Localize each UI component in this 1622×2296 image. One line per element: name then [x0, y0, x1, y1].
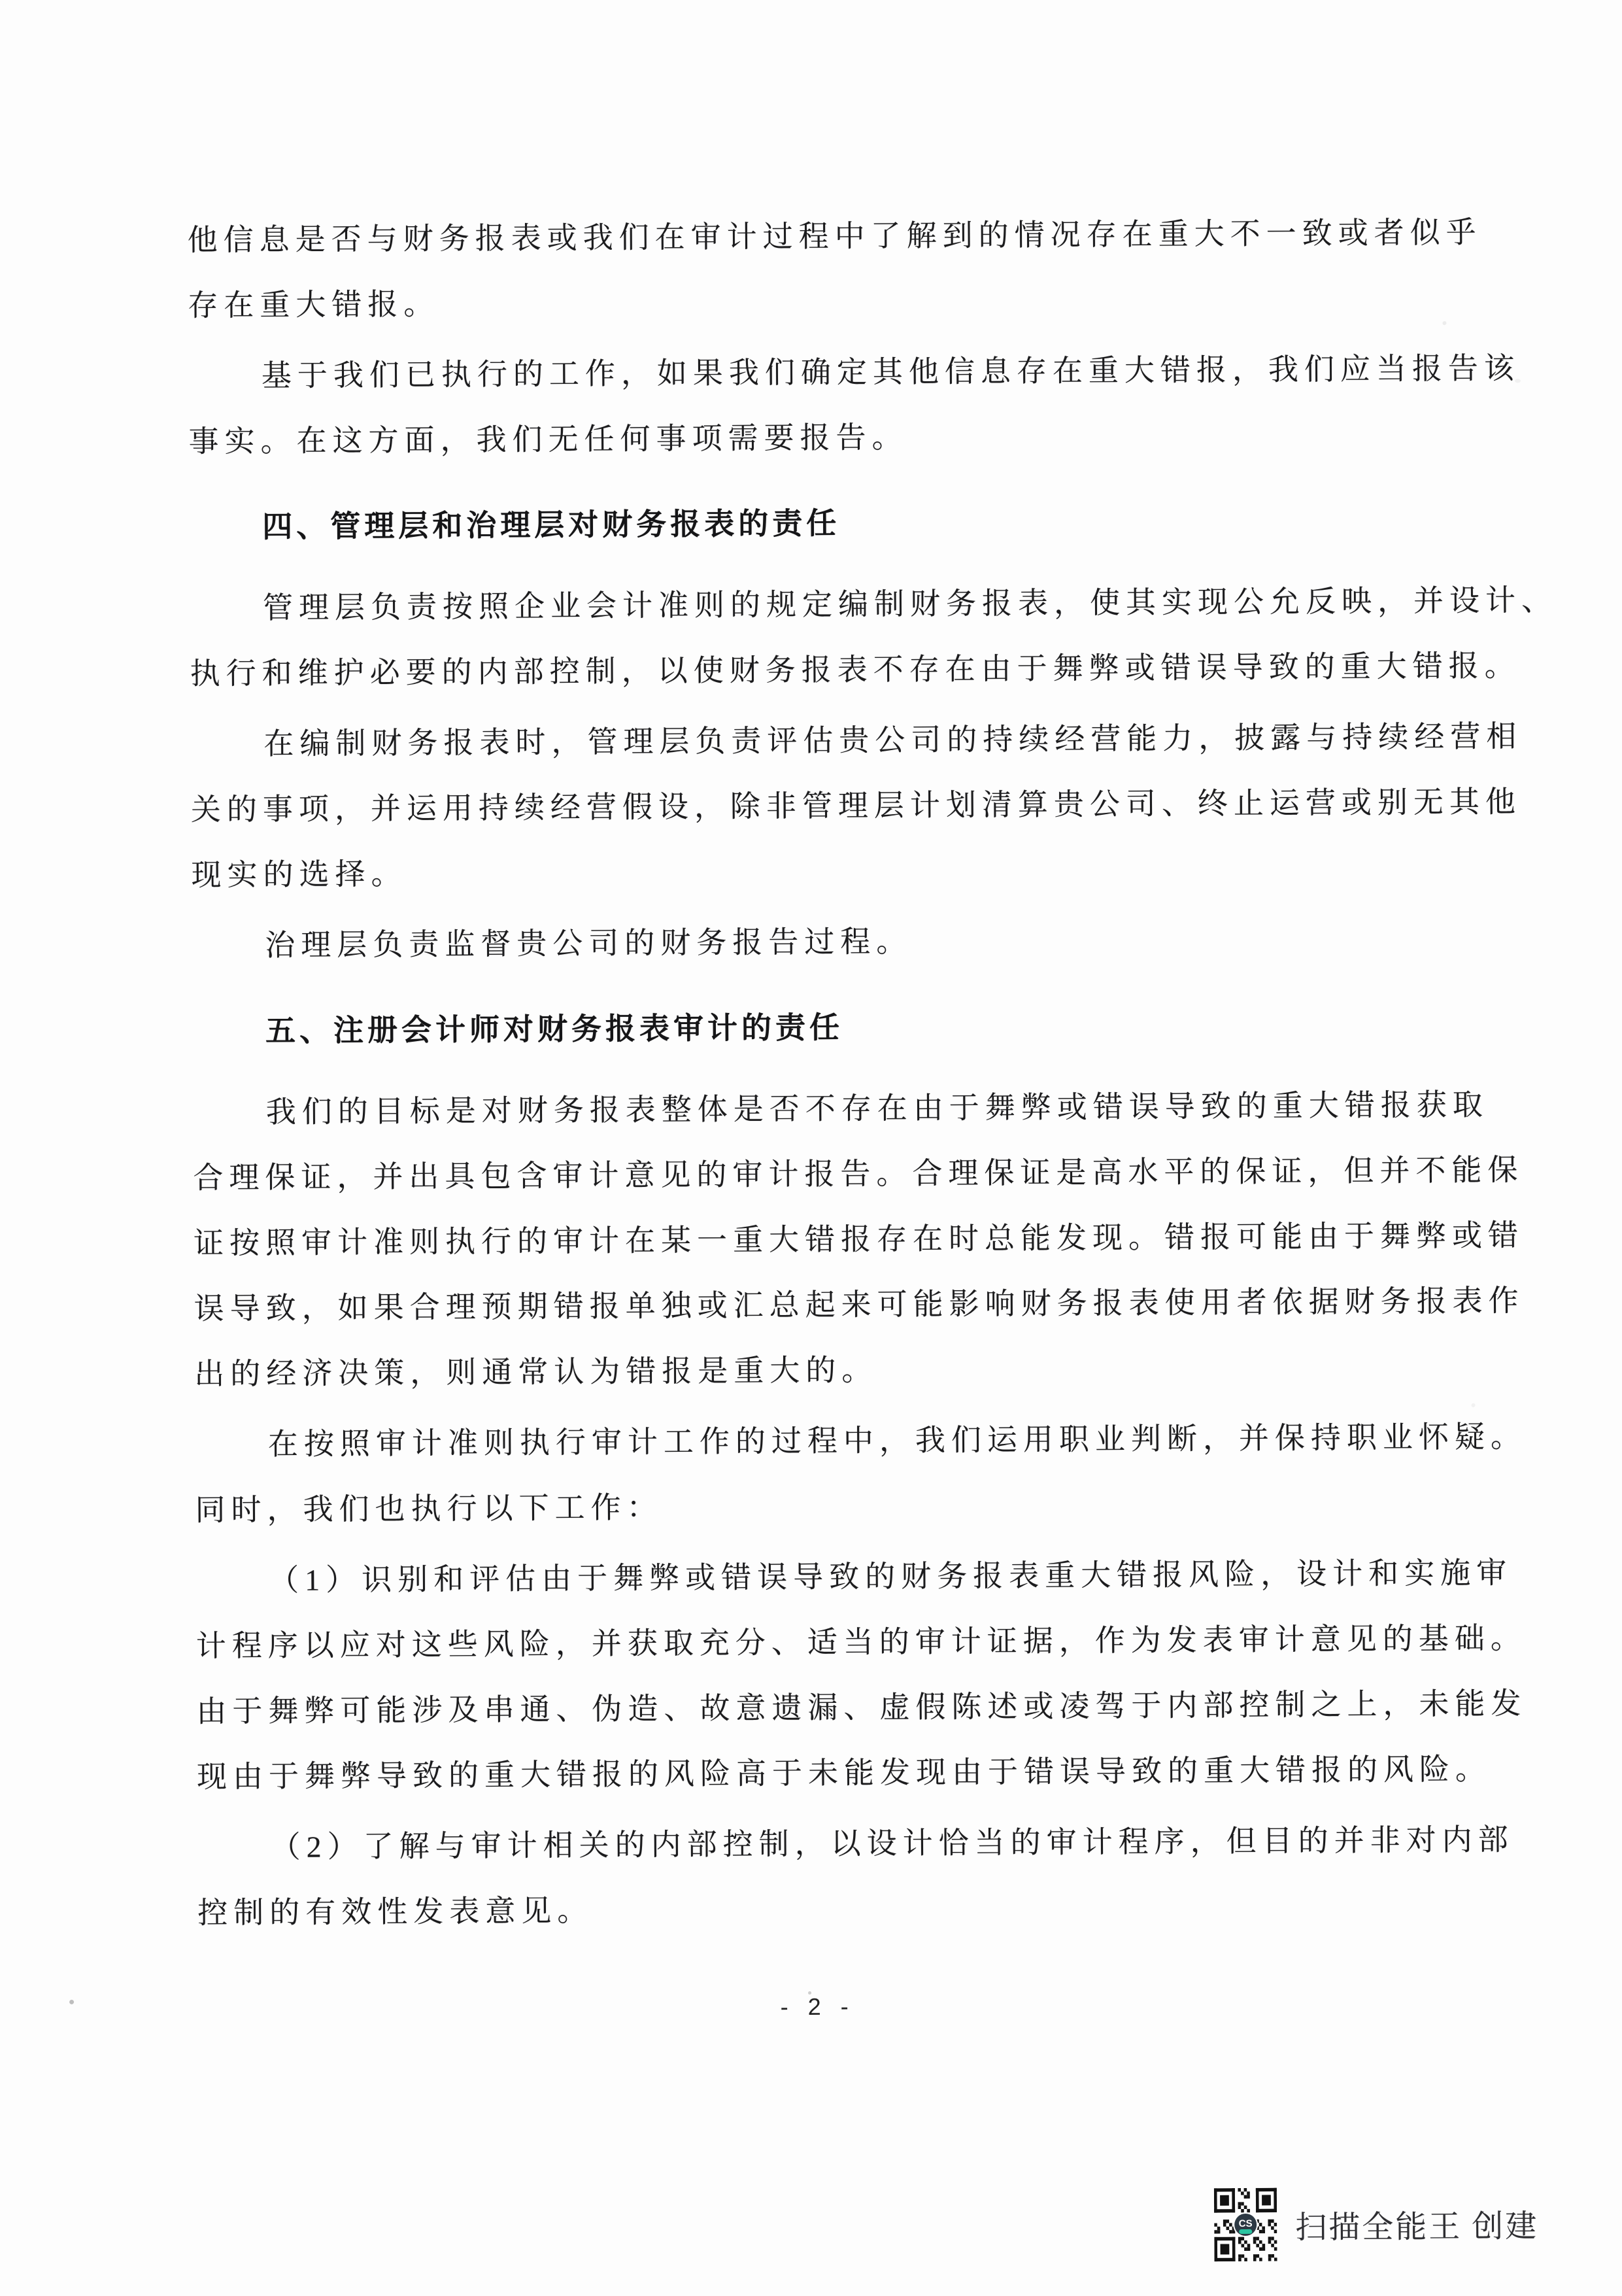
text-line: 由于舞弊可能涉及串通、伪造、故意遗漏、虚假陈述或凌驾于内部控制之上，未能发	[196, 1671, 1436, 1745]
text-line: 在编制财务报表时，管理层负责评估贵公司的持续经营能力，披露与持续经营相	[190, 704, 1430, 778]
text-line: 存在重大错报。	[188, 266, 1427, 339]
text-line: 在按照审计准则执行审计工作的过程中，我们运用职业判断，并保持职业怀疑。	[195, 1405, 1434, 1478]
text-line: 基于我们已执行的工作，如果我们确定其他信息存在重大错报，我们应当报告该	[188, 336, 1428, 409]
text-line: 合理保证，并出具包含审计意见的审计报告。合理保证是高水平的保证，但并不能保	[193, 1138, 1432, 1211]
document-body: 他信息是否与财务报表或我们在审计过程中了解到的情况存在重大不一致或者似乎存在重大…	[187, 200, 1436, 1951]
text-line: 关的事项，并运用持续经营假设，除非管理层计划清算贵公司、终止运营或别无其他	[191, 770, 1430, 843]
text-line: 治理层负责监督贵公司的财务报告过程。	[192, 906, 1431, 979]
text-line: 执行和维护必要的内部控制，以使财务报表不存在由于舞弊或错误导致的重大错报。	[190, 634, 1429, 707]
paragraph: （2）了解与审计相关的内部控制，以设计恰当的审计程序，但目的并非对内部控制的有效…	[197, 1808, 1436, 1946]
scan-watermark-caption: 扫描全能王 创建	[1295, 2201, 1538, 2247]
section-heading: 四、管理层和治理层对财务报表的责任	[189, 487, 1428, 560]
text-line: 误导致，如果合理预期错报单独或汇总起来可能影响财务报表使用者依据财务报表作	[194, 1269, 1433, 1342]
text-line: 现由于舞弊导致的重大错报的风险高于未能发现由于错误导致的重大错报的风险。	[197, 1737, 1436, 1810]
camscanner-logo-text: CS	[1239, 2218, 1253, 2228]
text-line: 证按照审计准则执行的审计在某一重大错报存在时总能发现。错报可能由于舞弊或错	[194, 1203, 1433, 1277]
text-line: 管理层负责按照企业会计准则的规定编制财务报表，使其实现公允反映，并设计、	[190, 568, 1429, 642]
camscanner-watermark: CS 扫描全能王 创建	[1214, 2186, 1539, 2261]
text-line: 出的经济决策，则通常认为错报是重大的。	[194, 1334, 1434, 1407]
text-line: 我们的目标是对财务报表整体是否不存在由于舞弊或错误导致的重大错报获取	[192, 1072, 1432, 1146]
text-line: （1）识别和评估由于舞弊或错误导致的财务报表重大错报风险，设计和实施审	[195, 1541, 1435, 1614]
paragraph: 他信息是否与财务报表或我们在审计过程中了解到的情况存在重大不一致或者似乎存在重大…	[187, 200, 1427, 339]
text-line: 五、注册会计师对财务报表审计的责任	[192, 991, 1432, 1064]
qr-code-icon: CS	[1214, 2188, 1277, 2262]
text-line: 事实。在这方面，我们无任何事项需要报告。	[188, 402, 1428, 475]
text-line: （2）了解与审计相关的内部控制，以设计恰当的审计程序，但目的并非对内部	[197, 1808, 1436, 1881]
scan-content: 他信息是否与财务报表或我们在审计过程中了解到的情况存在重大不一致或者似乎存在重大…	[0, 0, 1622, 2296]
paragraph: （1）识别和评估由于舞弊或错误导致的财务报表重大错报风险，设计和实施审计程序以应…	[195, 1541, 1436, 1810]
scan-artifact	[69, 2000, 74, 2004]
page-number: - 2 -	[7, 1988, 1622, 2025]
text-line: 计程序以应对这些风险，并获取充分、适当的审计证据，作为发表审计意见的基础。	[195, 1606, 1435, 1679]
paragraph: 我们的目标是对财务报表整体是否不存在由于舞弊或错误导致的重大错报获取合理保证，并…	[192, 1072, 1433, 1407]
scanned-page: 他信息是否与财务报表或我们在审计过程中了解到的情况存在重大不一致或者似乎存在重大…	[0, 0, 1622, 2296]
paragraph: 管理层负责按照企业会计准则的规定编制财务报表，使其实现公允反映，并设计、执行和维…	[190, 568, 1429, 707]
text-line: 同时，我们也执行以下工作：	[195, 1470, 1434, 1543]
scan-artifact	[808, 1991, 811, 1995]
paragraph: 治理层负责监督贵公司的财务报告过程。	[192, 906, 1431, 979]
scan-artifact	[1472, 1403, 1476, 1407]
paragraph: 基于我们已执行的工作，如果我们确定其他信息存在重大错报，我们应当报告该事实。在这…	[188, 336, 1428, 475]
text-line: 控制的有效性发表意见。	[197, 1873, 1437, 1946]
scan-artifact	[1515, 379, 1521, 383]
camscanner-logo: CS	[1234, 2214, 1257, 2236]
section-heading: 五、注册会计师对财务报表审计的责任	[192, 991, 1432, 1064]
paragraph: 在编制财务报表时，管理层负责评估贵公司的持续经营能力，披露与持续经营相关的事项，…	[190, 704, 1430, 908]
text-line: 四、管理层和治理层对财务报表的责任	[189, 487, 1428, 560]
text-line: 现实的选择。	[191, 835, 1430, 908]
camscanner-logo-accent	[1239, 2229, 1252, 2234]
paragraph: 在按照审计准则执行审计工作的过程中，我们运用职业判断，并保持职业怀疑。同时，我们…	[195, 1405, 1434, 1543]
scan-artifact	[1442, 321, 1446, 325]
text-line: 他信息是否与财务报表或我们在审计过程中了解到的情况存在重大不一致或者似乎	[187, 200, 1427, 273]
